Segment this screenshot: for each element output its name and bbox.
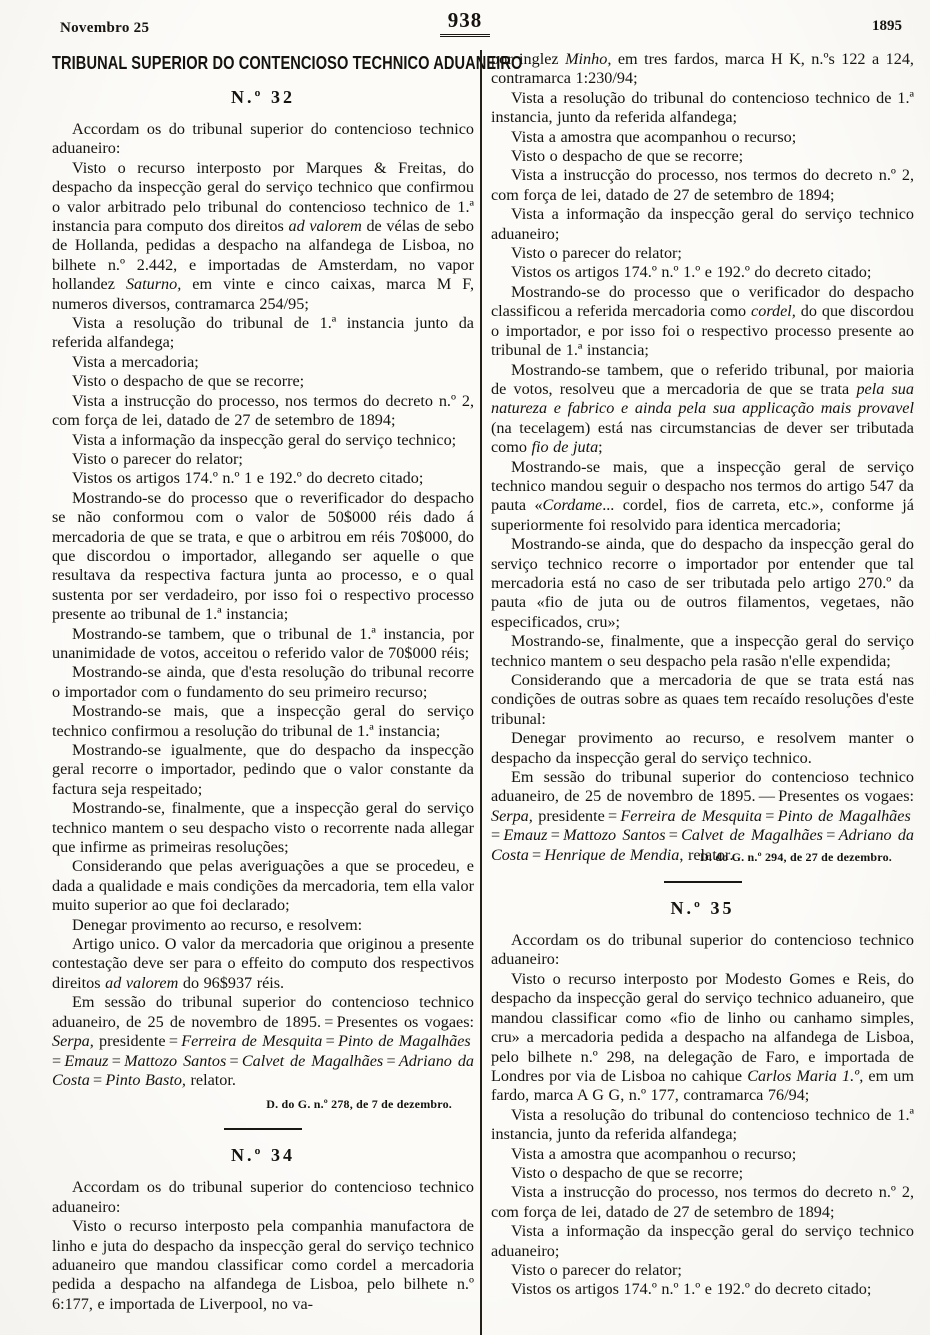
paragraph: Vista a resolução do tribunal do contenc… [491, 89, 914, 128]
paragraph: Vista a informação da inspecção geral do… [491, 205, 914, 244]
paragraph: Mostrando-se mais, que a inspecção geral… [491, 458, 914, 536]
section-number: N.º 34 [52, 1145, 474, 1166]
paragraph: Mostrando-se, finalmente, que a inspecçã… [52, 799, 474, 857]
paragraph: Considerando que a mercadoria de que se … [491, 671, 914, 729]
paragraph: Accordam os do tribunal superior do cont… [52, 1178, 474, 1217]
left-column: TRIBUNAL SUPERIOR DO CONTENCIOSO TECHNIC… [52, 50, 480, 1335]
paragraph: Visto o parecer do relator; [491, 1261, 914, 1280]
paragraph: Visto o recurso interposto por Marques &… [52, 159, 474, 314]
section-divider [664, 881, 742, 883]
left-column-blocks: N.º 32Accordam os do tribunal superior d… [52, 87, 474, 1314]
paragraph: Artigo unico. O valor da mercadoria que … [52, 935, 474, 993]
paragraph: Vista a amostra que acompanhou o recurso… [491, 128, 914, 147]
paragraph: Mostrando-se do processo que o reverific… [52, 489, 474, 625]
paragraph: Vista a informação da inspecção geral do… [52, 431, 474, 450]
right-column-blocks: por inglez Minho, em tres fardos, marca … [491, 50, 914, 1300]
page-number: 938 [440, 8, 491, 37]
page-header: Novembro 25 938 1895 [0, 0, 930, 50]
paragraph: Mostrando-se, finalmente, que a inspecçã… [491, 632, 914, 671]
gazette-footnote: D. do G. n.º 278, de 7 de dezembro. [52, 1097, 474, 1112]
right-column: por inglez Minho, em tres fardos, marca … [480, 50, 914, 1335]
paragraph: Visto o recurso interposto pela companhi… [52, 1217, 474, 1314]
paragraph: Denegar provimento ao recurso, e resolve… [52, 916, 474, 935]
section-number: N.º 35 [491, 898, 914, 919]
paragraph: Visto o recurso interposto por Modesto G… [491, 970, 914, 1106]
page-number-wrap: 938 [0, 8, 930, 37]
paragraph: Vistos os artigos 174.º n.º 1.º e 192.º … [491, 263, 914, 282]
paragraph: Mostrando-se ainda, que do despacho da i… [491, 535, 914, 632]
paragraph: Vista a instrucção do processo, nos term… [52, 392, 474, 431]
paragraph: Vistos os artigos 174.º n.º 1.º e 192.º … [491, 1280, 914, 1299]
paragraph: Mostrando-se tambem, que o referido trib… [491, 361, 914, 458]
paragraph: Mostrando-se tambem, que o tribunal de 1… [52, 625, 474, 664]
paragraph: Vista a amostra que acompanhou o recurso… [491, 1145, 914, 1164]
paragraph: Considerando que pelas averiguações a qu… [52, 857, 474, 915]
paragraph: Vistos os artigos 174.º n.º 1 e 192.º do… [52, 469, 474, 488]
section-number: N.º 32 [52, 87, 474, 108]
paragraph: Vista a informação da inspecção geral do… [491, 1222, 914, 1261]
columns: TRIBUNAL SUPERIOR DO CONTENCIOSO TECHNIC… [0, 50, 930, 1335]
header-year: 1895 [872, 18, 902, 35]
paragraph: Visto o parecer do relator; [52, 450, 474, 469]
paragraph: Accordam os do tribunal superior do cont… [52, 120, 474, 159]
paragraph: Visto o despacho de que se recorre; [491, 147, 914, 166]
paragraph: Vista a instrucção do processo, nos term… [491, 166, 914, 205]
paragraph: Accordam os do tribunal superior do cont… [491, 931, 914, 970]
paragraph: Vista a instrucção do processo, nos term… [491, 1183, 914, 1222]
paragraph: Em sessão do tribunal superior do conten… [52, 993, 474, 1090]
section-divider [224, 1128, 302, 1130]
paragraph: Vista a mercadoria; [52, 353, 474, 372]
paragraph: Visto o despacho de que se recorre; [491, 1164, 914, 1183]
paragraph: Mostrando-se do processo que o verificad… [491, 283, 914, 361]
paragraph: por inglez Minho, em tres fardos, marca … [491, 50, 914, 89]
paragraph: Mostrando-se ainda, que d'esta resolução… [52, 663, 474, 702]
gazette-page: Novembro 25 938 1895 TRIBUNAL SUPERIOR D… [0, 0, 930, 1335]
paragraph: Vista a resolução do tribunal do contenc… [491, 1106, 914, 1145]
paragraph: Mostrando-se mais, que a inspecção geral… [52, 702, 474, 741]
paragraph: Denegar provimento ao recurso, e resolve… [491, 729, 914, 768]
paragraph: Visto o despacho de que se recorre; [52, 372, 474, 391]
paragraph: Visto o parecer do relator; [491, 244, 914, 263]
tribunal-title: TRIBUNAL SUPERIOR DO CONTENCIOSO TECHNIC… [52, 54, 474, 74]
paragraph: Vista a resolução do tribunal de 1.ª ins… [52, 314, 474, 353]
paragraph: Mostrando-se igualmente, que do despacho… [52, 741, 474, 799]
